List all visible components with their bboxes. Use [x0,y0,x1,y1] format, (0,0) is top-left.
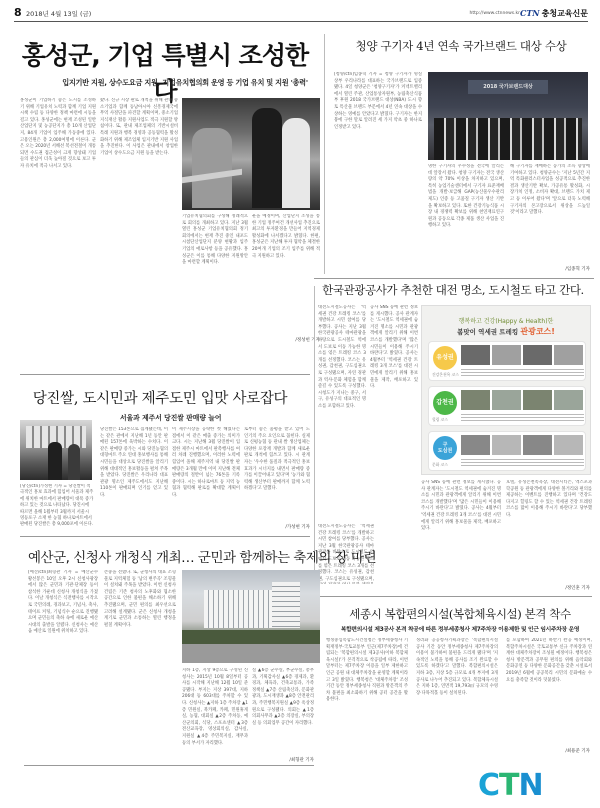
logo-letter-c: C [478,768,499,803]
article-column: 당진쌀은 153톤으로 집계됐는데, 이는 같은 관에서 지난해 1년 동안 판… [100,427,168,532]
page-number: 8 [14,6,22,19]
article-headline: 청양 구기자 4년 연속 국가브랜드 대상 수상 [330,38,592,54]
course-card-yuseong: 유성권 건강온천욕 코스 [428,341,586,381]
masthead: 8 2018년 4월 13일 (금) http://www.ctnnews.kr… [14,8,588,22]
course-label: 건강온천욕 코스 [432,372,459,378]
article-column: 로부터 좋은 품평을 받고 있어 도 인기의 주요 요인으로 꼽힌다. 실제로 … [244,427,310,525]
article-photo-handshake [182,98,320,210]
article-column: 명한 구기자의 우수성을 전국에 알리는 데 앞장서 왔다. 청양 구기자는 전… [428,164,504,264]
course-label: 문화 코스 [432,462,448,468]
article-column: 왔다. 신규 시장 판로 개척을 위해 관내 중소기업과 함께 동남아시아 신흥… [100,98,178,298]
article-photo-new-building [182,570,320,663]
course-route-text [461,459,584,467]
article-column: 를 포함하여 2021년 하반기 완공 예정이며, 복합주차시설은 국토교통부 … [506,638,592,746]
article-subheadline: 복합편의시설 제3공사 본격 착공에 따른 정부세종청사 제7주차장 이용제한 … [320,624,600,633]
article-headline: 예산군, 신청사 개청식 개최… 군민과 함께하는 축제의 장 마련 [28,546,328,566]
article-column: 행정중심복합도시건설청은 정부세종청사 기획재정부·국토교통부 인근(제7주차장… [326,638,408,753]
article-byline: /임종혁 기자 [530,266,590,272]
article-column: 대전도시철도공사는 '역세권 건강 트레킹 코스'를 개발하고 시민 참여를 당… [318,305,366,520]
paper-title: 충청교육신문 [542,9,588,18]
article-column: 운을 예정이며, 산업단지 조성을 통한 기업 정주여건 개선사업 추진으로 최… [252,214,320,299]
photo-banner: 2018 국가브랜드대상 [468,80,548,94]
article-column: 공사 SNS 등에 관련 정보를 게시했다. 공사 관계자는 '도시철도 역세권… [370,305,418,520]
brand-abbr: CTN [520,8,540,18]
graphic-title-accent: 관광코스! [520,327,555,336]
article-column: 기업유치협의회를 구성해 정례적으로 회의를 개최하고 있다. 지난 3월 열린… [182,214,248,299]
column-divider [324,34,325,274]
course-photos [461,345,584,365]
graphic-title-main: 봄맞이 역세권 트레킹 관광코스! [430,326,582,337]
logo-letter-t: T [499,768,518,803]
article-headline: 당진쌀, 도시민과 제주도민 입맛 사로잡다 [20,387,300,408]
article-headline: 세종시 복합편의시설(복합체육시설) 본격 착수 [320,606,600,622]
article-column: 지하 1층, 지상 9층으로 구성된 신청사는 2015년 10월 8일부터 공… [182,668,248,758]
tour-course-graphic: 행복하고 건강(Happy & Health)한 봄맞이 역세권 트레킹 관광코… [421,305,591,475]
course-route-text [461,414,584,422]
article-column: 홍성군이 기업하기 좋은 도시를 조성하기 위해 기업유치 노력과 함께 기업 … [20,98,96,298]
column-divider [314,286,315,586]
article-byline: /정성헌 기자 [260,337,320,343]
article-photo-award-ceremony: 2018 국가브랜드대상 [428,72,588,160]
article-column: [청양/ctn]임종혁 기자 = 청양 구기자가 명실상부 우리나라를 대표하는… [334,72,422,272]
section-divider [20,536,310,537]
article-headline: 한국관광공사가 추천한 대전 명소, 도시철도 타고 간다. [312,282,594,298]
article-column: 정려화 공공청사기획과장은 '복합편의시설 공사 기간 동안 정부세종청사 제7… [416,638,498,753]
section-divider [20,374,310,375]
article-byline: /가성현 기자 [260,524,310,530]
section-divider [24,765,314,766]
graphic-title-text: 봄맞이 역세권 트레킹 [457,328,518,336]
article-byline: /최형관 기자 [260,757,314,763]
section-divider [314,278,594,279]
course-badge: 갑천권 [433,391,457,415]
article-column: 이 제주시장을 공략한 첫 해였다는 점에서 이 같은 매출 증가는 의미가 크… [172,427,240,532]
course-route-text [461,369,584,377]
photo-caption: [당진/ctn]가성현 기자 = 당진쌀이 적극적인 홍보 효과에 힘입어 서울… [20,484,94,532]
article-subheadline: 서울과 제주서 당진쌀 판매량 늘어 [120,412,320,422]
logo-letter-n: N [519,768,543,803]
issue-date: 2018년 4월 13일 (금) [26,9,91,18]
ctn-logo: CTN [478,768,543,803]
article-byline: /정인훈 기자 [530,585,590,591]
course-card-gapcheon: 갑천권 힐링 코스 [428,386,586,426]
article-byline: /최용준 기자 [530,748,590,754]
paper-name: CTN충청교육신문 [520,8,588,19]
site-url-link[interactable]: http://www.ctnnews.kr [470,11,520,16]
article-column: 호텔, 유성온천족욕장, 대전시티즌, 엑스포과학공원 등 관광객에게 다양한 … [506,480,592,580]
article-column: 공사 SNS 등에 관련 정보를 게시했다. 공사 관계자는 '도시철도 역세권… [421,480,501,580]
course-badge: 구 도심권 [433,436,457,460]
article-subheadline: 입지기반 지원, 상수도요금 지원, 기업유치협의회 운영 등 기업 유치 및 … [50,78,320,88]
course-badge: 유성권 [433,346,457,370]
article-column: 존중을 전했다. 또, 군청사의 대표 조형물로 지역체험 등 '남의 변주곡'… [104,570,176,745]
course-label: 힐링 코스 [432,417,448,423]
course-photos [461,435,584,455]
course-card-downtown: 구 도심권 문화 코스 [428,431,586,471]
article-column: 해 구기자를 재배하는 농가의 소득 향상에 기여하고 있다. 청양군수는 '지… [510,164,590,260]
course-photos [461,390,584,410]
article-column: [예산/ctn]최형관 기자 = 예산군수 황선봉은 10일 오후 2시 신청사… [28,570,98,745]
article-photo-market [20,420,92,480]
graphic-title-small: 행복하고 건강(Happy & Health)한 [430,316,582,325]
article-column: 실 ▲6층 군수실, 부군수실, 총무과, 기획감사실 ▲6층 경제과, 환경과… [252,668,314,752]
section-divider [320,596,592,597]
